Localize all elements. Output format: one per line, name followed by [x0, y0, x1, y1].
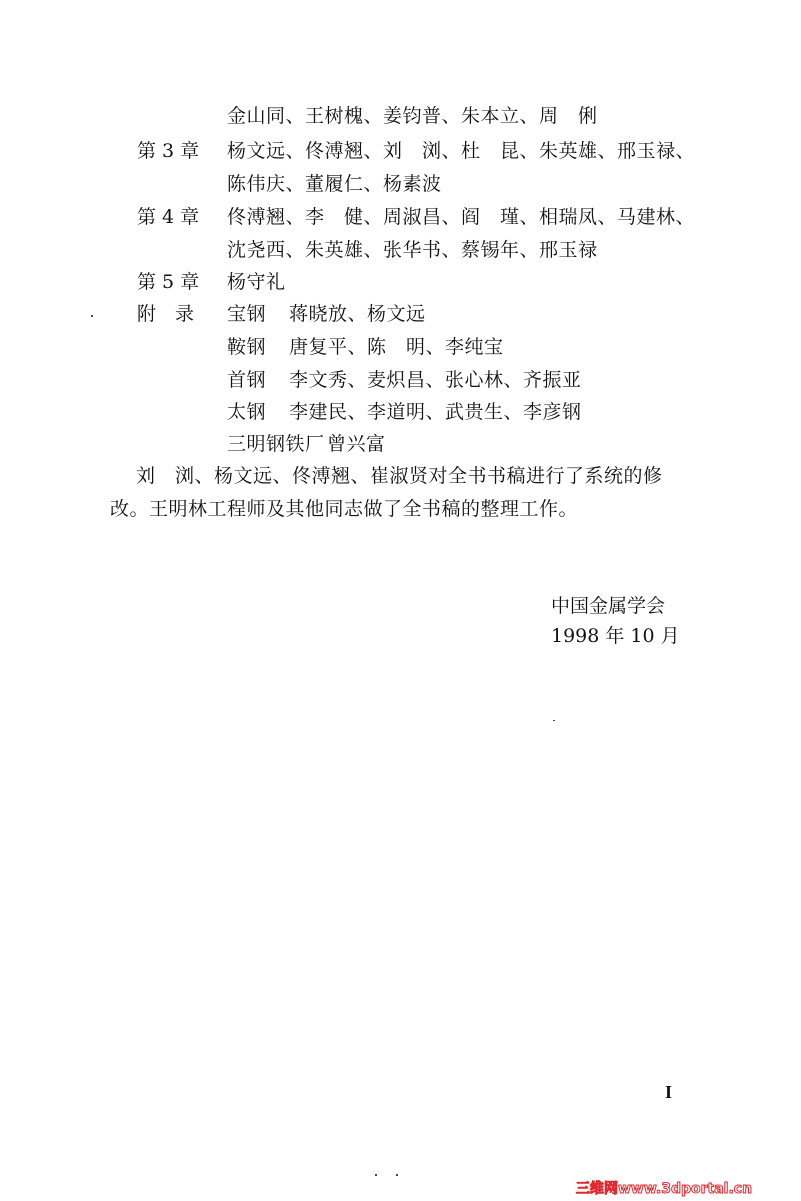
- chapter-contributors-line: 佟溥翘、李 健、周淑昌、阎 瑾、相瑞凤、马建林、: [227, 205, 695, 229]
- appendix-org: 鞍钢: [227, 335, 266, 359]
- appendix-names: 李建民、李道明、武贵生、李彦钢: [289, 400, 582, 424]
- revision-note-line: 改。王明林工程师及其他同志做了全书稿的整理工作。: [110, 497, 578, 521]
- page-number: I: [665, 1082, 672, 1103]
- watermark: 三维网www.3dportal.cn: [576, 1178, 752, 1198]
- appendix-names: 唐复平、陈 明、李纯宝: [289, 335, 504, 359]
- signature-organization: 中国金属学会: [551, 594, 665, 618]
- chapter-contributors-line: 沈尧西、朱英雄、张华书、蔡锡年、邢玉禄: [227, 238, 598, 262]
- chapter-label: 第 5 章: [137, 270, 199, 294]
- appendix-org: 三明钢铁厂: [227, 432, 325, 456]
- chapter-contributors-line: 杨文远、佟溥翘、刘 浏、杜 昆、朱英雄、邢玉禄、: [227, 139, 695, 163]
- appendix-org: 首钢: [227, 368, 266, 392]
- stray-dot-mark: [553, 720, 555, 721]
- appendix-org: 宝钢: [227, 302, 266, 326]
- appendix-names: 蒋晓放、杨文远: [289, 302, 426, 326]
- stray-dot-mark: [91, 315, 93, 317]
- chapter-label: 第 4 章: [137, 205, 199, 229]
- stray-dot-mark: [396, 1174, 398, 1176]
- revision-note-line: 刘 浏、杨文远、佟溥翘、崔淑贤对全书书稿进行了系统的修: [136, 464, 663, 488]
- appendix-label: 附 录: [137, 302, 194, 326]
- appendix-names: 曾兴富: [327, 432, 386, 456]
- contributor-continuation-line: 金山同、王树槐、姜钧普、朱本立、周 俐: [227, 104, 598, 128]
- appendix-names: 李文秀、麦炽昌、张心林、齐振亚: [289, 368, 582, 392]
- chapter-contributors-line: 陈伟庆、董履仁、杨素波: [227, 172, 442, 196]
- appendix-org: 太钢: [227, 400, 266, 424]
- chapter-label: 第 3 章: [137, 139, 199, 163]
- signature-date: 1998 年 10 月: [551, 624, 680, 648]
- stray-dot-mark: [375, 1174, 377, 1176]
- chapter-contributors-line: 杨守礼: [227, 270, 286, 294]
